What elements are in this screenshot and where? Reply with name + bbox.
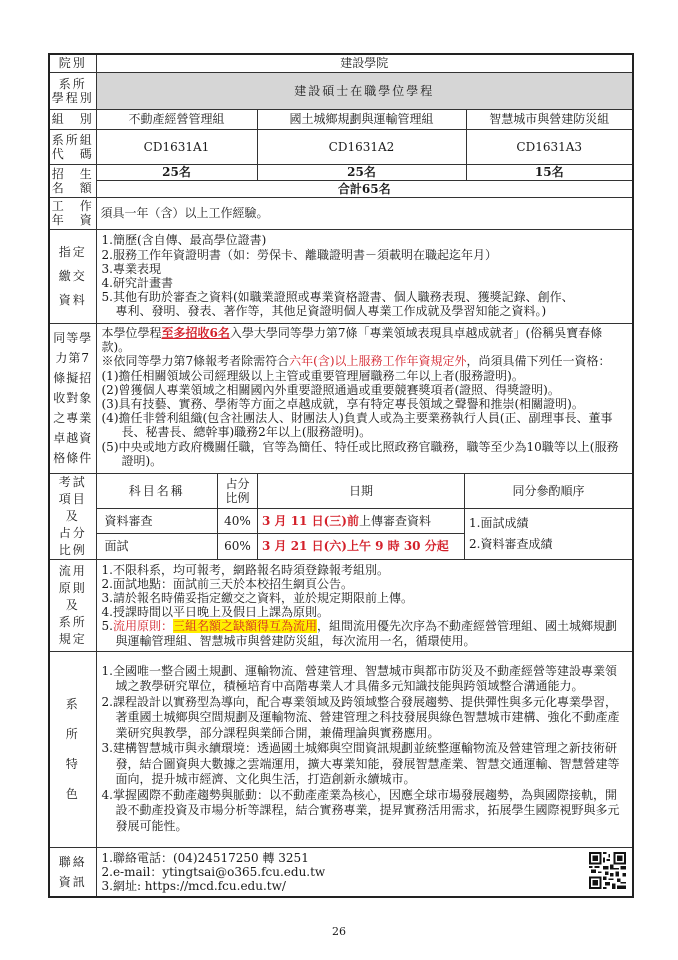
features-label-line: 色: [51, 779, 95, 809]
rules-label-line: 系所: [51, 614, 95, 631]
rule-item: 4.授課時間以平日晚上及假日上課為原則。: [102, 605, 628, 619]
rules-label: 流用 原則 及 系所 規定: [49, 559, 96, 651]
rule-item: 1.不限科系，均可報考，網路報名時須登錄報考組別。: [102, 563, 628, 577]
equivalent-item: (4)擔任非營利組織(包含社團法人、財團法人)負責人或為主要業務執行人員(正、副…: [102, 411, 628, 439]
rules-list: 1.不限科系，均可報考，網路報名時須登錄報考組別。 2.面試地點：面試前三天於本…: [96, 559, 633, 651]
group-name: 國土城鄉規劃與運輸管理組: [257, 109, 466, 129]
rule-item-red: 流用原則：: [113, 619, 173, 633]
quota-total: 合計65名: [96, 180, 633, 197]
feature-item: 4.掌握國際不動產趨勢與脈動：以不動產產業為核心，因應全球市場發展趨勢，為與國際…: [102, 788, 628, 835]
program-label-line: 學程別: [51, 91, 95, 105]
work-years-requirement: 六年(含)以上服務工作年資規定外: [289, 354, 466, 368]
exam-subject: 面試: [97, 534, 218, 559]
contact-url[interactable]: 3.網址: https://mcd.fcu.edu.tw/: [102, 879, 628, 893]
exam-header-subject: 科目名稱: [97, 474, 218, 509]
contact-info: 1.聯絡電話：(04)24517250 轉 3251 2.e-mail：ytin…: [96, 847, 633, 897]
document-item: 2.服務工作年資證明書（如：勞保卡、離職證明書－須載明在職起迄年月）: [102, 248, 628, 262]
work-years-value: 須具一年（含）以上工作經驗。: [96, 197, 633, 229]
exam-date-red: 3 月 21 日(六)上午 9 時 30 分起: [262, 539, 449, 553]
rule-item: 5.流用原則：三組名額之缺額得互為流用，組間流用優先次序為不動產經營管理組、國土…: [102, 619, 628, 647]
exam-date: 3 月 21 日(六)上午 9 時 30 分起: [258, 534, 465, 559]
features-list: 1.全國唯一整合國土規劃、運輸物流、營建管理、智慧城市與都市防災及不動產經營等建…: [96, 651, 633, 847]
features-label: 系 所 特 色: [49, 651, 96, 847]
exam-date: 3 月 11 日(三)前上傳審查資料: [258, 509, 465, 534]
features-label-line: 特: [51, 749, 95, 779]
equivalent-intro: 本學位學程至多招收6名入學大學同等學力第7條「專業領域表現具卓越成就者」(俗稱吳…: [102, 326, 628, 354]
quota-label-line: 名 額: [51, 181, 95, 195]
contact-label: 聯絡 資訊: [49, 847, 96, 897]
rules-label-line: 流用: [51, 563, 95, 580]
group-code: CD1631A3: [466, 129, 633, 164]
exam-header-date: 日期: [258, 474, 465, 509]
exam-header-ratio: 占分 比例: [218, 474, 258, 509]
equivalent-label-line: 卓越資: [51, 428, 95, 448]
code-row: 系所組 代 碼 CD1631A1 CD1631A2 CD1631A3: [49, 129, 633, 164]
page-number: 26: [0, 925, 678, 938]
program-label: 系所 學程別: [49, 72, 96, 109]
exam-table: 科目名稱 占分 比例 日期 同分參酌順序 資料審查 40% 3 月 11 日(三…: [97, 474, 633, 559]
document-item: 1.簡歷(含自傳、最高學位證書): [102, 233, 628, 247]
exam-label-line: 比例: [51, 542, 95, 559]
rules-label-line: 原則: [51, 580, 95, 597]
rule-item-num: 5.: [102, 619, 113, 633]
rules-label-line: 及: [51, 597, 95, 614]
equivalent-label-line: 之專業: [51, 408, 95, 428]
equivalent-label-line: 力第7: [51, 348, 95, 368]
ratio-header-line: 比例: [218, 491, 257, 505]
contact-row: 聯絡 資訊 1.聯絡電話：(04)24517250 轉 3251 2.e-mai…: [49, 847, 633, 897]
flow-rule-highlight: 三組名額之缺額得互為流用: [173, 619, 317, 633]
exam-date-red: 3 月 11 日(三)前: [262, 514, 359, 528]
exam-header-row: 科目名稱 占分 比例 日期 同分參酌順序: [97, 474, 633, 509]
document-item: 4.研究計畫書: [102, 276, 628, 290]
program-row: 系所 學程別 建設碩士在職學位學程: [49, 72, 633, 109]
rule-item: 2.面試地點：面試前三天於本校招生網頁公告。: [102, 577, 628, 591]
equivalent-label-line: 同等學: [51, 328, 95, 348]
tiebreak-item: 1.面試成績: [469, 513, 628, 534]
contact-phone: 1.聯絡電話：(04)24517250 轉 3251: [102, 851, 628, 865]
documents-label-line: 資料: [51, 288, 95, 312]
quota-row: 招 生 名 額 25名 25名 15名: [49, 164, 633, 180]
quota-label-line: 招 生: [51, 167, 95, 181]
exam-ratio: 40%: [218, 509, 258, 534]
group-code: CD1631A2: [257, 129, 466, 164]
work-years-label-line: 工 作: [51, 199, 95, 213]
documents-row: 指定 繳交 資料 1.簡歷(含自傳、最高學位證書) 2.服務工作年資證明書（如：…: [49, 229, 633, 323]
equivalent-item: (3)具有技藝、實務、學術等方面之卓越成就，享有特定專長領域之聲譽和推崇(相關證…: [102, 397, 628, 411]
college-row: 院別 建設學院: [49, 54, 633, 72]
equivalent-label: 同等學 力第7 條擬招 收對象 之專業 卓越資 格條件: [49, 323, 96, 473]
group-quota: 25名: [96, 164, 257, 180]
group-code: CD1631A1: [96, 129, 257, 164]
rules-row: 流用 原則 及 系所 規定 1.不限科系，均可報考，網路報名時須登錄報考組別。 …: [49, 559, 633, 651]
document-item: 5.其他有助於審查之資料(如職業證照或專業資格證書、個人職務表現、獲獎記錄、創作…: [102, 290, 628, 304]
code-label: 系所組 代 碼: [49, 129, 96, 164]
rule-item: 3.請於報名時備妥指定繳交之資料，並於規定期限前上傳。: [102, 591, 628, 605]
equivalent-row: 同等學 力第7 條擬招 收對象 之專業 卓越資 格條件 本學位學程至多招收6名入…: [49, 323, 633, 473]
exam-row-item: 資料審查 40% 3 月 11 日(三)前上傳審查資料 1.面試成績 2.資料審…: [97, 509, 633, 534]
code-label-line: 代 碼: [51, 147, 95, 161]
contact-email[interactable]: 2.e-mail：ytingtsai@o365.fcu.edu.tw: [102, 865, 628, 879]
equivalent-label-line: 收對象: [51, 388, 95, 408]
equivalent-item: (5)中央或地方政府機關任職，官等為簡任、特任或比照政務官職務，職等至少為10職…: [102, 440, 628, 468]
exam-date-text: 上傳審查資料: [359, 514, 431, 528]
equivalent-note: ※依同等學力第7條報考者除需符合六年(含)以上服務工作年資規定外，尚須具備下列任…: [102, 354, 628, 368]
document-item: 3.專業表現: [102, 262, 628, 276]
exam-label-line: 考試: [51, 474, 95, 491]
admission-table: 院別 建設學院 系所 學程別 建設碩士在職學位學程 組 別 不動產經營管理組 國…: [48, 53, 634, 898]
exam-label-line: 及: [51, 508, 95, 525]
features-row: 系 所 特 色 1.全國唯一整合國土規劃、運輸物流、營建管理、智慧城市與都市防災…: [49, 651, 633, 847]
exam-subject: 資料審查: [97, 509, 218, 534]
exam-label: 考試 項目 及 占分 比例: [49, 473, 96, 559]
contact-label-line: 資訊: [51, 872, 95, 892]
equivalent-content: 本學位學程至多招收6名入學大學同等學力第7條「專業領域表現具卓越成就者」(俗稱吳…: [96, 323, 633, 473]
equivalent-label-line: 格條件: [51, 448, 95, 468]
document-item-cont: 專利、發明、發表、著作等，其他足資證明個人專業工作成就及學習知能之資料。): [102, 304, 628, 318]
group-quota: 25名: [257, 164, 466, 180]
exam-row: 考試 項目 及 占分 比例 科目名稱 占分 比例 日期 同分參酌順序 資料: [49, 473, 633, 559]
work-years-row: 工 作 年 資 須具一年（含）以上工作經驗。: [49, 197, 633, 229]
equivalent-label-line: 條擬招: [51, 368, 95, 388]
exam-label-line: 占分: [51, 525, 95, 542]
feature-item: 2.課程設計以實務型為導向，配合專業領域及跨領域整合發展趨勢、提供彈性與多元化專…: [102, 695, 628, 742]
work-years-label: 工 作 年 資: [49, 197, 96, 229]
program-value: 建設碩士在職學位學程: [96, 72, 633, 109]
qr-code-icon: [589, 852, 626, 889]
contact-label-line: 聯絡: [51, 852, 95, 872]
documents-label: 指定 繳交 資料: [49, 229, 96, 323]
documents-label-line: 繳交: [51, 264, 95, 288]
code-label-line: 系所組: [51, 133, 95, 147]
college-label: 院別: [49, 54, 96, 72]
exam-ratio: 60%: [218, 534, 258, 559]
group-label: 組 別: [49, 109, 96, 129]
quota-label: 招 生 名 額: [49, 164, 96, 197]
exam-table-cell: 科目名稱 占分 比例 日期 同分參酌順序 資料審查 40% 3 月 11 日(三…: [96, 473, 633, 559]
work-years-label-line: 年 資: [51, 213, 95, 227]
exam-header-tiebreak: 同分參酌順序: [465, 474, 633, 509]
quota-total-row: 合計65名: [49, 180, 633, 197]
program-label-line: 系所: [51, 77, 95, 91]
documents-list: 1.簡歷(含自傳、最高學位證書) 2.服務工作年資證明書（如：勞保卡、離職證明書…: [96, 229, 633, 323]
features-label-line: 系: [51, 689, 95, 719]
exam-tiebreak-list: 1.面試成績 2.資料審查成績: [465, 509, 633, 559]
feature-item: 3.建構智慧城市與永續環境：透過國土城鄉與空間資訊規劃並統整運輸物流及營建管理之…: [102, 741, 628, 788]
tiebreak-item: 2.資料審查成績: [469, 534, 628, 555]
documents-label-line: 指定: [51, 240, 95, 264]
max-quota-highlight: 至多招收6名: [162, 326, 230, 340]
college-value: 建設學院: [96, 54, 633, 72]
group-row: 組 別 不動產經營管理組 國土城鄉規劃與運輸管理組 智慧城市與營建防災組: [49, 109, 633, 129]
exam-label-line: 項目: [51, 491, 95, 508]
equivalent-item: (2)曾獲個人專業領域之相關國內外重要證照通過或重要競賽獎項者(證照、得獎證明)…: [102, 383, 628, 397]
equivalent-item: (1)擔任相關領域公司經理級以上主管或重要管理層職務二年以上者(服務證明)。: [102, 369, 628, 383]
rules-label-line: 規定: [51, 631, 95, 648]
ratio-header-line: 占分: [218, 477, 257, 491]
feature-item: 1.全國唯一整合國土規劃、運輸物流、營建管理、智慧城市與都市防災及不動產經營等建…: [102, 664, 628, 695]
features-label-line: 所: [51, 719, 95, 749]
group-name: 智慧城市與營建防災組: [466, 109, 633, 129]
group-name: 不動產經營管理組: [96, 109, 257, 129]
group-quota: 15名: [466, 164, 633, 180]
